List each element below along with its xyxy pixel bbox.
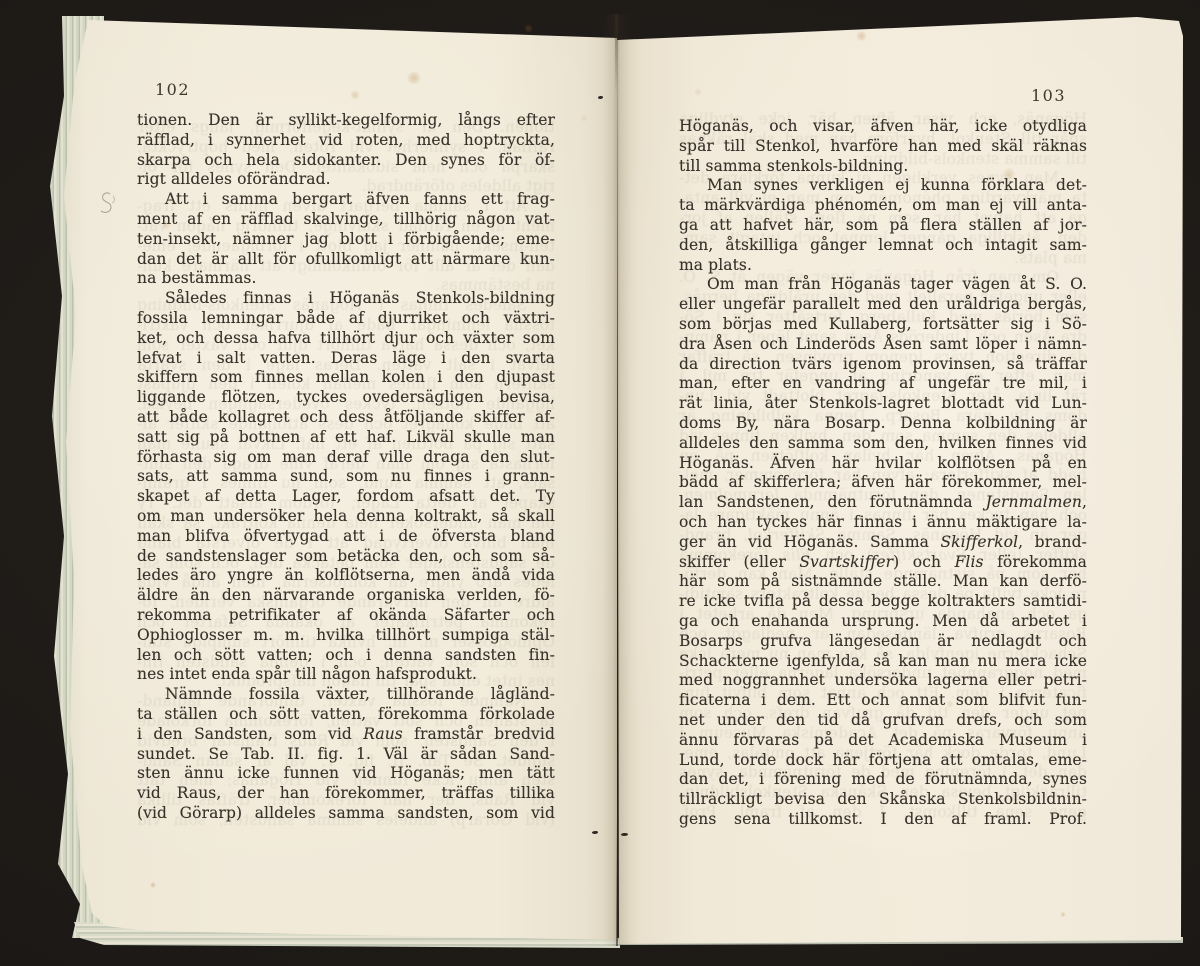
text-line: Nämnde fossila växter, tillhörande låglä… [137,685,555,705]
text-line: ket, och dessa hafva tillhört djur och v… [137,329,555,349]
text-line: doms By, nära Bosarp. Denna kolbildning … [679,414,1087,434]
text-line: ga att hafvet här, som på flera ställen … [679,216,1087,236]
text-line: ma plats. [679,256,1087,276]
text-line: den, åtskilliga gånger lemnat och intagi… [679,236,1087,256]
text-line: spår till Stenkol, hvarföre han med skäl… [679,137,1087,157]
text-line: att både kollagret och dess åtföljande s… [137,408,555,428]
text-line: förhasta sig om man deraf ville draga de… [137,448,555,468]
text-line: len och sött vatten; och i denna sandste… [137,646,555,666]
text-line: (vid Görarp) alldeles samma sandsten, so… [137,804,555,824]
text-line: Bosarps grufva längesedan är nedlagdt oc… [679,632,1087,652]
text-line: ment af en räfflad skalvinge, tillhörig … [137,210,555,230]
text-line: nes intet enda spår till någon hafsprodu… [137,665,555,685]
text-line: re icke tvifla på dessa begge koltrakter… [679,592,1087,612]
text-line: Lund, torde dock här förtjena att omtala… [679,751,1087,771]
text-line: dan det, i förening med de förutnämnda, … [679,770,1087,790]
text-line: bädd af skifferlera; äfven här förekomme… [679,473,1087,493]
text-line: äldre än den närvarande organiska verlde… [137,586,555,606]
text-line: rät linia, åter Stenkols-lagret blottadt… [679,394,1087,414]
text-line: om man undersöker hela denna koltrakt, s… [137,507,555,527]
photo-background: tionen. Den är syllikt-kegelformig, lång… [0,0,1200,966]
text-line: vid Raus, der han förekommer, träffas ti… [137,784,555,804]
text-line: sats, att samma sund, som nu finnes i gr… [137,467,555,487]
text-line: satt sig på bottnen af ett haf. Likväl s… [137,428,555,448]
text-line: skiffer (eller Svartskiffer) och Flis fö… [679,553,1087,573]
text-line: och han tyckes här finnas i ännu mäktiga… [679,513,1087,533]
text-line: man, efter en vandring af ungefär tre mi… [679,374,1087,394]
text-line: alldeles den samma som den, hvilken finn… [679,434,1087,454]
text-line: Att i samma bergart äfven fanns ett frag… [137,190,555,210]
text-line: som börjas med Kullaberg, fortsätter sig… [679,315,1087,335]
text-line: gens sena tillkomst. I den af framl. Pro… [679,810,1087,830]
page-number-left: 102 [155,80,190,99]
text-line: da direction tvärs igenom provinsen, så … [679,355,1087,375]
text-line: tillräckligt bevisa den Skånska Stenkols… [679,790,1087,810]
text-line: eller ungefär parallelt med den uråldrig… [679,295,1087,315]
text-line: ger än vid Höganäs. Samma Skifferkol, br… [679,533,1087,553]
text-line: skarpa och hela sidokanter. Den synes fö… [137,151,555,171]
text-line: man blifva öfvertygad att i de öfversta … [137,527,555,547]
text-line: Höganäs. Äfven här hvilar kolflötsen på … [679,454,1087,474]
text-line: skiffern som finnes mellan kolen i den d… [137,368,555,388]
text-line: dra Åsen och Linderöds Åsen samt löper i… [679,335,1087,355]
text-line: i den Sandsten, som vid Raus framstår br… [137,725,555,745]
text-line: fossila lemningar både af djurriket och … [137,309,555,329]
text-line: ta märkvärdiga phénomén, om man ej vill … [679,196,1087,216]
text-line: dan det är allt för ofullkomligt att när… [137,250,555,270]
text-line: lan Sandstenen, den förutnämnda Jernmalm… [679,493,1087,513]
text-line: Således finnas i Höganäs Stenkols-bildni… [137,289,555,309]
text-line: ta ställen och sött vatten, förekomma fö… [137,705,555,725]
text-line: rigt alldeles oförändrad. [137,170,555,190]
text-line: med noggrannhet undersöka lagerna eller … [679,671,1087,691]
text-line: de sandstenslager som betäcka den, och s… [137,547,555,567]
text-line: här som på sistnämnde ställe. Man kan de… [679,572,1087,592]
text-line: ännu förvaras på det Academiska Museum i [679,731,1087,751]
page-left: tionen. Den är syllikt-kegelformig, lång… [58,14,617,946]
text-line: rekomma petrifikater af okända Säfarter … [137,606,555,626]
text-line: na bestämmas. [137,269,555,289]
text-line: ficaterna i dem. Ett och annat som blifv… [679,691,1087,711]
text-line: Man synes verkligen ej kunna förklara de… [679,176,1087,196]
text-line: Ophioglosser m. m. hvilka tillhört sumpi… [137,626,555,646]
text-line: skapet af detta Lager, fordom afsatt det… [137,487,555,507]
foxing-spot [524,24,533,33]
text-line: ten-insekt, nämner jag blott i förbigåen… [137,230,555,250]
page-text-column-right: Höganäs, och visar, äfven här, icke otyd… [679,117,1087,830]
text-line: till samma stenkols-bildning. [679,157,1087,177]
page-right: Höganäs, och visar, äfven här, icke otyd… [617,14,1185,946]
text-line: net under den tid då grufvan drefs, och … [679,711,1087,731]
text-line: liggande flötzen, tyckes ovedersägligen … [137,388,555,408]
text-line: Om man från Höganäs tager vägen åt S. O. [679,275,1087,295]
text-line: lefvat i salt vatten. Deras läge i den s… [137,349,555,369]
text-line: Schackterne igenfylda, så kan man nu mer… [679,652,1087,672]
text-line: sundet. Se Tab. II. fig. 1. Väl är sådan… [137,745,555,765]
text-line: ledes äro yngre än kolflötserna, men änd… [137,566,555,586]
text-line: tionen. Den är syllikt-kegelformig, lång… [137,111,555,131]
text-line: Höganäs, och visar, äfven här, icke otyd… [679,117,1087,137]
text-line: räfflad, i synnerhet vid roten, med hopt… [137,131,555,151]
page-text-column-left: tionen. Den är syllikt-kegelformig, lång… [137,111,555,824]
page-number-right: 103 [1031,86,1066,105]
text-line: ga och enahanda ursprung. Men då arbetet… [679,612,1087,632]
text-line: sten ännu icke funnen vid Höganäs; men t… [137,764,555,784]
